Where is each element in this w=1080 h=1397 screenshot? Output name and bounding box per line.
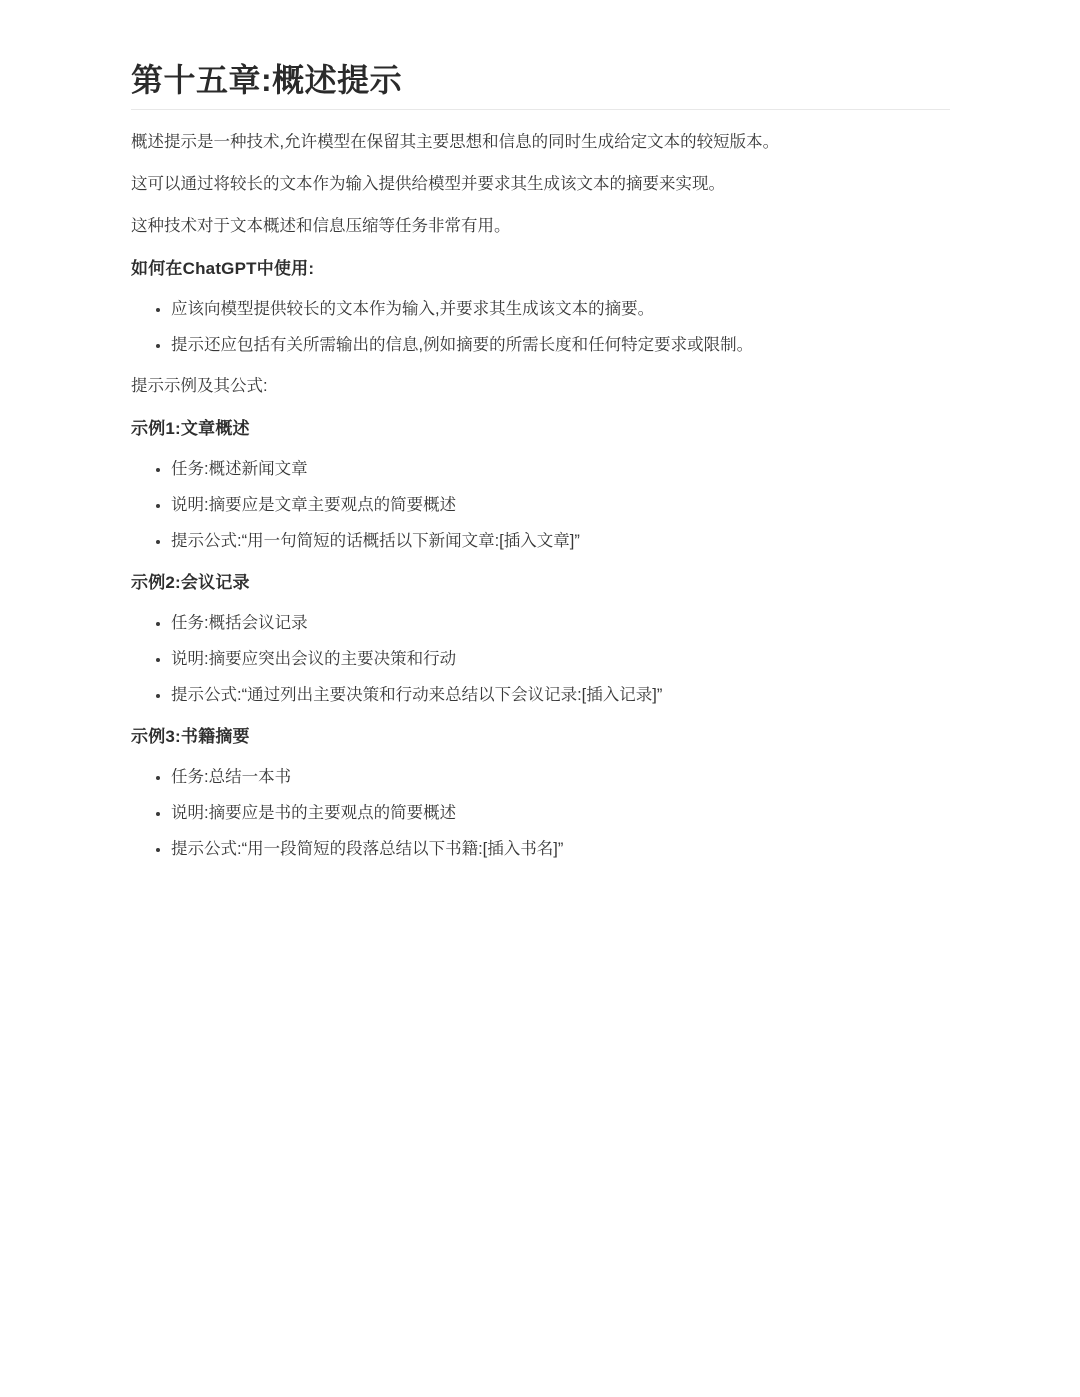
list-item: 任务:总结一本书	[171, 765, 950, 789]
list-item: 提示公式:“用一段简短的段落总结以下书籍:[插入书名]”	[171, 837, 950, 861]
example-list: 任务:概括会议记录 说明:摘要应突出会议的主要决策和行动 提示公式:“通过列出主…	[131, 611, 950, 707]
intro-paragraph-2: 这可以通过将较长的文本作为输入提供给模型并要求其生成该文本的摘要来实现。	[131, 172, 950, 196]
list-item: 说明:摘要应是书的主要观点的简要概述	[171, 801, 950, 825]
document-page: 第十五章:概述提示 概述提示是一种技术,允许模型在保留其主要思想和信息的同时生成…	[0, 0, 1080, 1397]
list-item: 应该向模型提供较长的文本作为输入,并要求其生成该文本的摘要。	[171, 297, 950, 321]
example-heading: 示例1:文章概述	[131, 416, 950, 441]
list-item: 提示公式:“通过列出主要决策和行动来总结以下会议记录:[插入记录]”	[171, 683, 950, 707]
example-block-3: 示例3:书籍摘要 任务:总结一本书 说明:摘要应是书的主要观点的简要概述 提示公…	[131, 724, 950, 861]
example-heading: 示例3:书籍摘要	[131, 724, 950, 749]
list-item: 说明:摘要应是文章主要观点的简要概述	[171, 493, 950, 517]
intro-paragraph-1: 概述提示是一种技术,允许模型在保留其主要思想和信息的同时生成给定文本的较短版本。	[131, 130, 950, 154]
example-list: 任务:概述新闻文章 说明:摘要应是文章主要观点的简要概述 提示公式:“用一句简短…	[131, 457, 950, 553]
example-block-2: 示例2:会议记录 任务:概括会议记录 说明:摘要应突出会议的主要决策和行动 提示…	[131, 570, 950, 707]
list-item: 说明:摘要应突出会议的主要决策和行动	[171, 647, 950, 671]
example-list: 任务:总结一本书 说明:摘要应是书的主要观点的简要概述 提示公式:“用一段简短的…	[131, 765, 950, 861]
list-item: 任务:概述新闻文章	[171, 457, 950, 481]
example-heading: 示例2:会议记录	[131, 570, 950, 595]
example-block-1: 示例1:文章概述 任务:概述新闻文章 说明:摘要应是文章主要观点的简要概述 提示…	[131, 416, 950, 553]
page-title: 第十五章:概述提示	[131, 62, 950, 110]
list-item: 任务:概括会议记录	[171, 611, 950, 635]
examples-intro: 提示示例及其公式:	[131, 374, 950, 398]
intro-paragraph-3: 这种技术对于文本概述和信息压缩等任务非常有用。	[131, 214, 950, 238]
usage-list: 应该向模型提供较长的文本作为输入,并要求其生成该文本的摘要。 提示还应包括有关所…	[131, 297, 950, 357]
list-item: 提示公式:“用一句简短的话概括以下新闻文章:[插入文章]”	[171, 529, 950, 553]
usage-heading: 如何在ChatGPT中使用:	[131, 256, 950, 281]
list-item: 提示还应包括有关所需输出的信息,例如摘要的所需长度和任何特定要求或限制。	[171, 333, 950, 357]
